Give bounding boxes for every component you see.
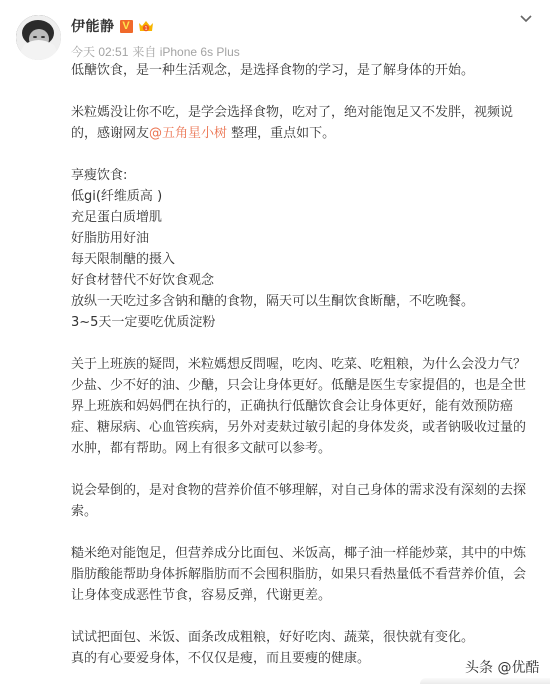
paragraph-try: 试试把面包、米饭、面条改成粗粮，好好吃肉、蔬菜，很快就有变化。 [71, 627, 531, 648]
verified-badge-icon: V [120, 20, 133, 33]
list-item: 好脂肪用好油 [71, 228, 531, 249]
timestamp[interactable]: 今天 02:51 [71, 45, 128, 59]
credits-text-end: 整理，重点如下。 [227, 126, 335, 141]
paragraph-credits: 米粒媽没让你不吃，是学会选择食物，吃对了，绝对能饱足又不发胖，视频说的，感谢网友… [71, 102, 531, 144]
avatar-photo-icon [16, 15, 61, 60]
list-item: 好食材替代不好饮食观念 [71, 270, 531, 291]
username[interactable]: 伊能静 [71, 16, 115, 36]
author-row: 伊能静 V 1 [71, 17, 154, 35]
paragraph-office-workers: 关于上班族的疑問，米粒媽想反問喔，吃肉、吃菜、吃粗粮，为什么会没力气？少盐、少不… [71, 354, 531, 459]
paragraph-intro: 低醣饮食，是一种生活观念，是选择食物的学习，是了解身体的开始。 [71, 60, 531, 81]
post-body: 低醣饮食，是一种生活观念，是选择食物的学习，是了解身体的开始。 米粒媽没让你不吃… [71, 60, 531, 669]
list-item: 放纵一天吃过多含钠和醣的食物，隔天可以生酮饮食断醣，不吃晚餐。 [71, 291, 531, 312]
watermark: 头条 @优酷 [465, 657, 539, 677]
crown-member-icon: 1 [138, 19, 154, 34]
list-item: 充足蛋白质增肌 [71, 207, 531, 228]
weibo-post: 伊能静 V 1 今天 02:51来自 iPhone 6s Plus 低醣饮食，是… [0, 0, 550, 684]
chevron-down-icon[interactable] [519, 14, 533, 24]
list-item: 每天限制醣的摄入 [71, 249, 531, 270]
paragraph-fainting: 说会晕倒的，是对食物的营养价值不够理解，对自己身体的需求没有深刻的去探索。 [71, 480, 531, 522]
svg-text:1: 1 [144, 26, 147, 32]
list-item: 低gi(纤维质高 ) [71, 186, 531, 207]
paragraph-closing: 真的有心要爱身体，不仅仅是瘦，而且要瘦的健康。 [71, 648, 531, 669]
post-meta: 今天 02:51来自 iPhone 6s Plus [71, 43, 244, 60]
avatar[interactable] [16, 15, 61, 60]
post-source: 来自 iPhone 6s Plus [132, 45, 239, 59]
bottom-shadow [420, 678, 550, 684]
list-title: 享瘦饮食: [71, 165, 531, 186]
paragraph-brown-rice: 糙米绝对能饱足，但营养成分比面包、米饭高，椰子油一样能炒菜，其中的中炼脂肪酸能帮… [71, 543, 531, 606]
list-item: 3~5天一定要吃优质淀粉 [71, 312, 531, 333]
mention-link[interactable]: @五角星小树 [149, 126, 227, 141]
